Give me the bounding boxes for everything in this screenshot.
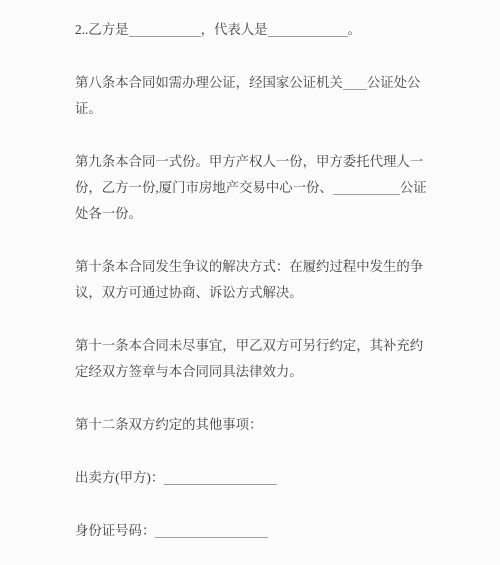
clause-9-copies: 第九条本合同一式份。甲方产权人一份，甲方委托代理人一份，乙方一份,厦门市房地产交… — [75, 149, 431, 227]
blank-underline — [268, 23, 348, 37]
clause-10-dispute-resolution: 第十条本合同发生争议的解决方式：在履约过程中发生的争议，双方可通过协商、诉讼方式… — [75, 254, 431, 306]
text-run: 第八条本合同如需办理公证，经国家公证机关 — [75, 75, 343, 90]
text-run: 第十条本合同发生争议的解决方式：在履约过程中发生的争议，双方可通过协商、诉讼方式… — [75, 259, 423, 300]
clause-12-other-matters: 第十二条双方约定的其他事项： — [75, 412, 431, 438]
text-run: 第十一条本合同未尽事宜，甲乙双方可另行约定，其补充约定经双方签章与本合同同具法律… — [75, 338, 423, 379]
blank-underline — [155, 524, 268, 538]
text-run: 身份证号码： — [75, 523, 155, 538]
text-run: 出卖方(甲方)： — [75, 470, 164, 485]
blank-underline — [333, 181, 400, 195]
text-run: 2..乙方是 — [75, 22, 129, 37]
text-run: 。 — [348, 22, 361, 37]
contract-body: 2..乙方是，代表人是。第八条本合同如需办理公证，经国家公证机关公证处公证。第九… — [75, 17, 431, 565]
text-run: ，代表人是 — [201, 22, 268, 37]
contract-document-page: 2..乙方是，代表人是。第八条本合同如需办理公证，经国家公证机关公证处公证。第九… — [0, 0, 500, 565]
text-run: 第十二条双方约定的其他事项： — [75, 417, 262, 432]
clause-8-notarization: 第八条本合同如需办理公证，经国家公证机关公证处公证。 — [75, 70, 431, 122]
id-number-line: 身份证号码： — [75, 518, 431, 544]
seller-party-a-line: 出卖方(甲方)： — [75, 465, 431, 491]
blank-underline — [164, 471, 277, 485]
blank-underline — [129, 23, 201, 37]
party-b-line: 2..乙方是，代表人是。 — [75, 17, 431, 43]
clause-11-supplementary: 第十一条本合同未尽事宜，甲乙双方可另行约定，其补充约定经双方签章与本合同同具法律… — [75, 333, 431, 385]
blank-underline — [343, 76, 367, 90]
